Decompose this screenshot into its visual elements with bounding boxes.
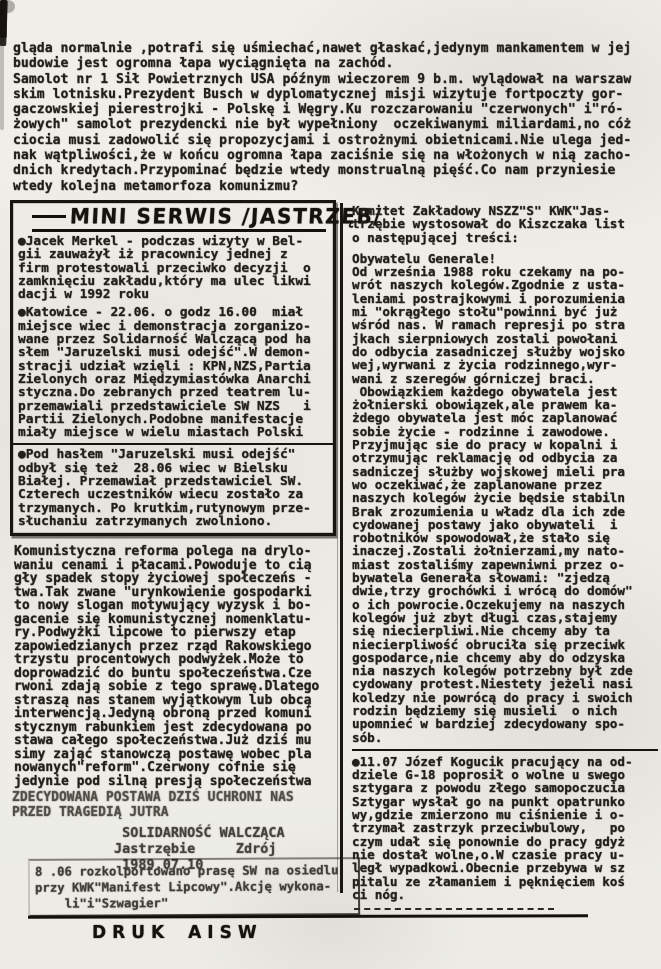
header-underline-dash — [32, 215, 66, 218]
column-divider-line — [340, 203, 343, 893]
mini-serwis-box: MINI SERWIS /JASTRZĘB/ ●Jacek Merkel - p… — [10, 200, 336, 536]
dashed-end-line — [354, 908, 554, 910]
intro-paragraph: gląda normalnie ,potrafi się uśmiechać,n… — [13, 41, 655, 194]
left-column: MINI SERWIS /JASTRZĘB/ ●Jacek Merkel - p… — [10, 200, 336, 873]
bulletin-item: ●Jacek Merkel - podczas wizyty w Bel- gi… — [18, 235, 328, 301]
footer-rule — [28, 914, 588, 918]
ink-speck — [0, 0, 7, 38]
item-divider — [13, 443, 333, 445]
scanned-page: gląda normalnie ,potrafi się uśmiechać,n… — [0, 0, 661, 969]
box-header: MINI SERWIS /JASTRZĘB/ — [32, 204, 326, 232]
bulletin-item: ●Pod hasłem "Jaruzelski musi odejść" odb… — [18, 448, 328, 528]
letter-body: Od września 1988 roku czekamy na po- wró… — [352, 265, 658, 744]
slogan: ZDECYDOWANA POSTAWA DZIŚ UCHRONI NAS PRZ… — [10, 790, 336, 820]
distribution-note: 8 .06 rozkolportowano prasę SW na osiedl… — [28, 857, 360, 917]
right-column: Komitet Zakładowy NSZZ"S" KWK"Jas- trzęb… — [352, 204, 658, 910]
accident-item: ●11.07 Józef Kogucik pracujący na od- dz… — [352, 755, 658, 901]
print-credit: DRUK AISW — [92, 923, 263, 944]
bulletin-item: ●Katowice - 22.06. o godz 16.00 miał mie… — [18, 306, 328, 439]
commentary-paragraph: Komunistyczna reforma polega na drylo- w… — [10, 545, 336, 788]
box-title: MINI SERWIS /JASTRZĘB/ — [69, 203, 383, 228]
accident-divider — [352, 749, 658, 751]
letter-lead: Komitet Zakładowy NSZZ"S" KWK"Jas- trzęb… — [352, 204, 658, 244]
